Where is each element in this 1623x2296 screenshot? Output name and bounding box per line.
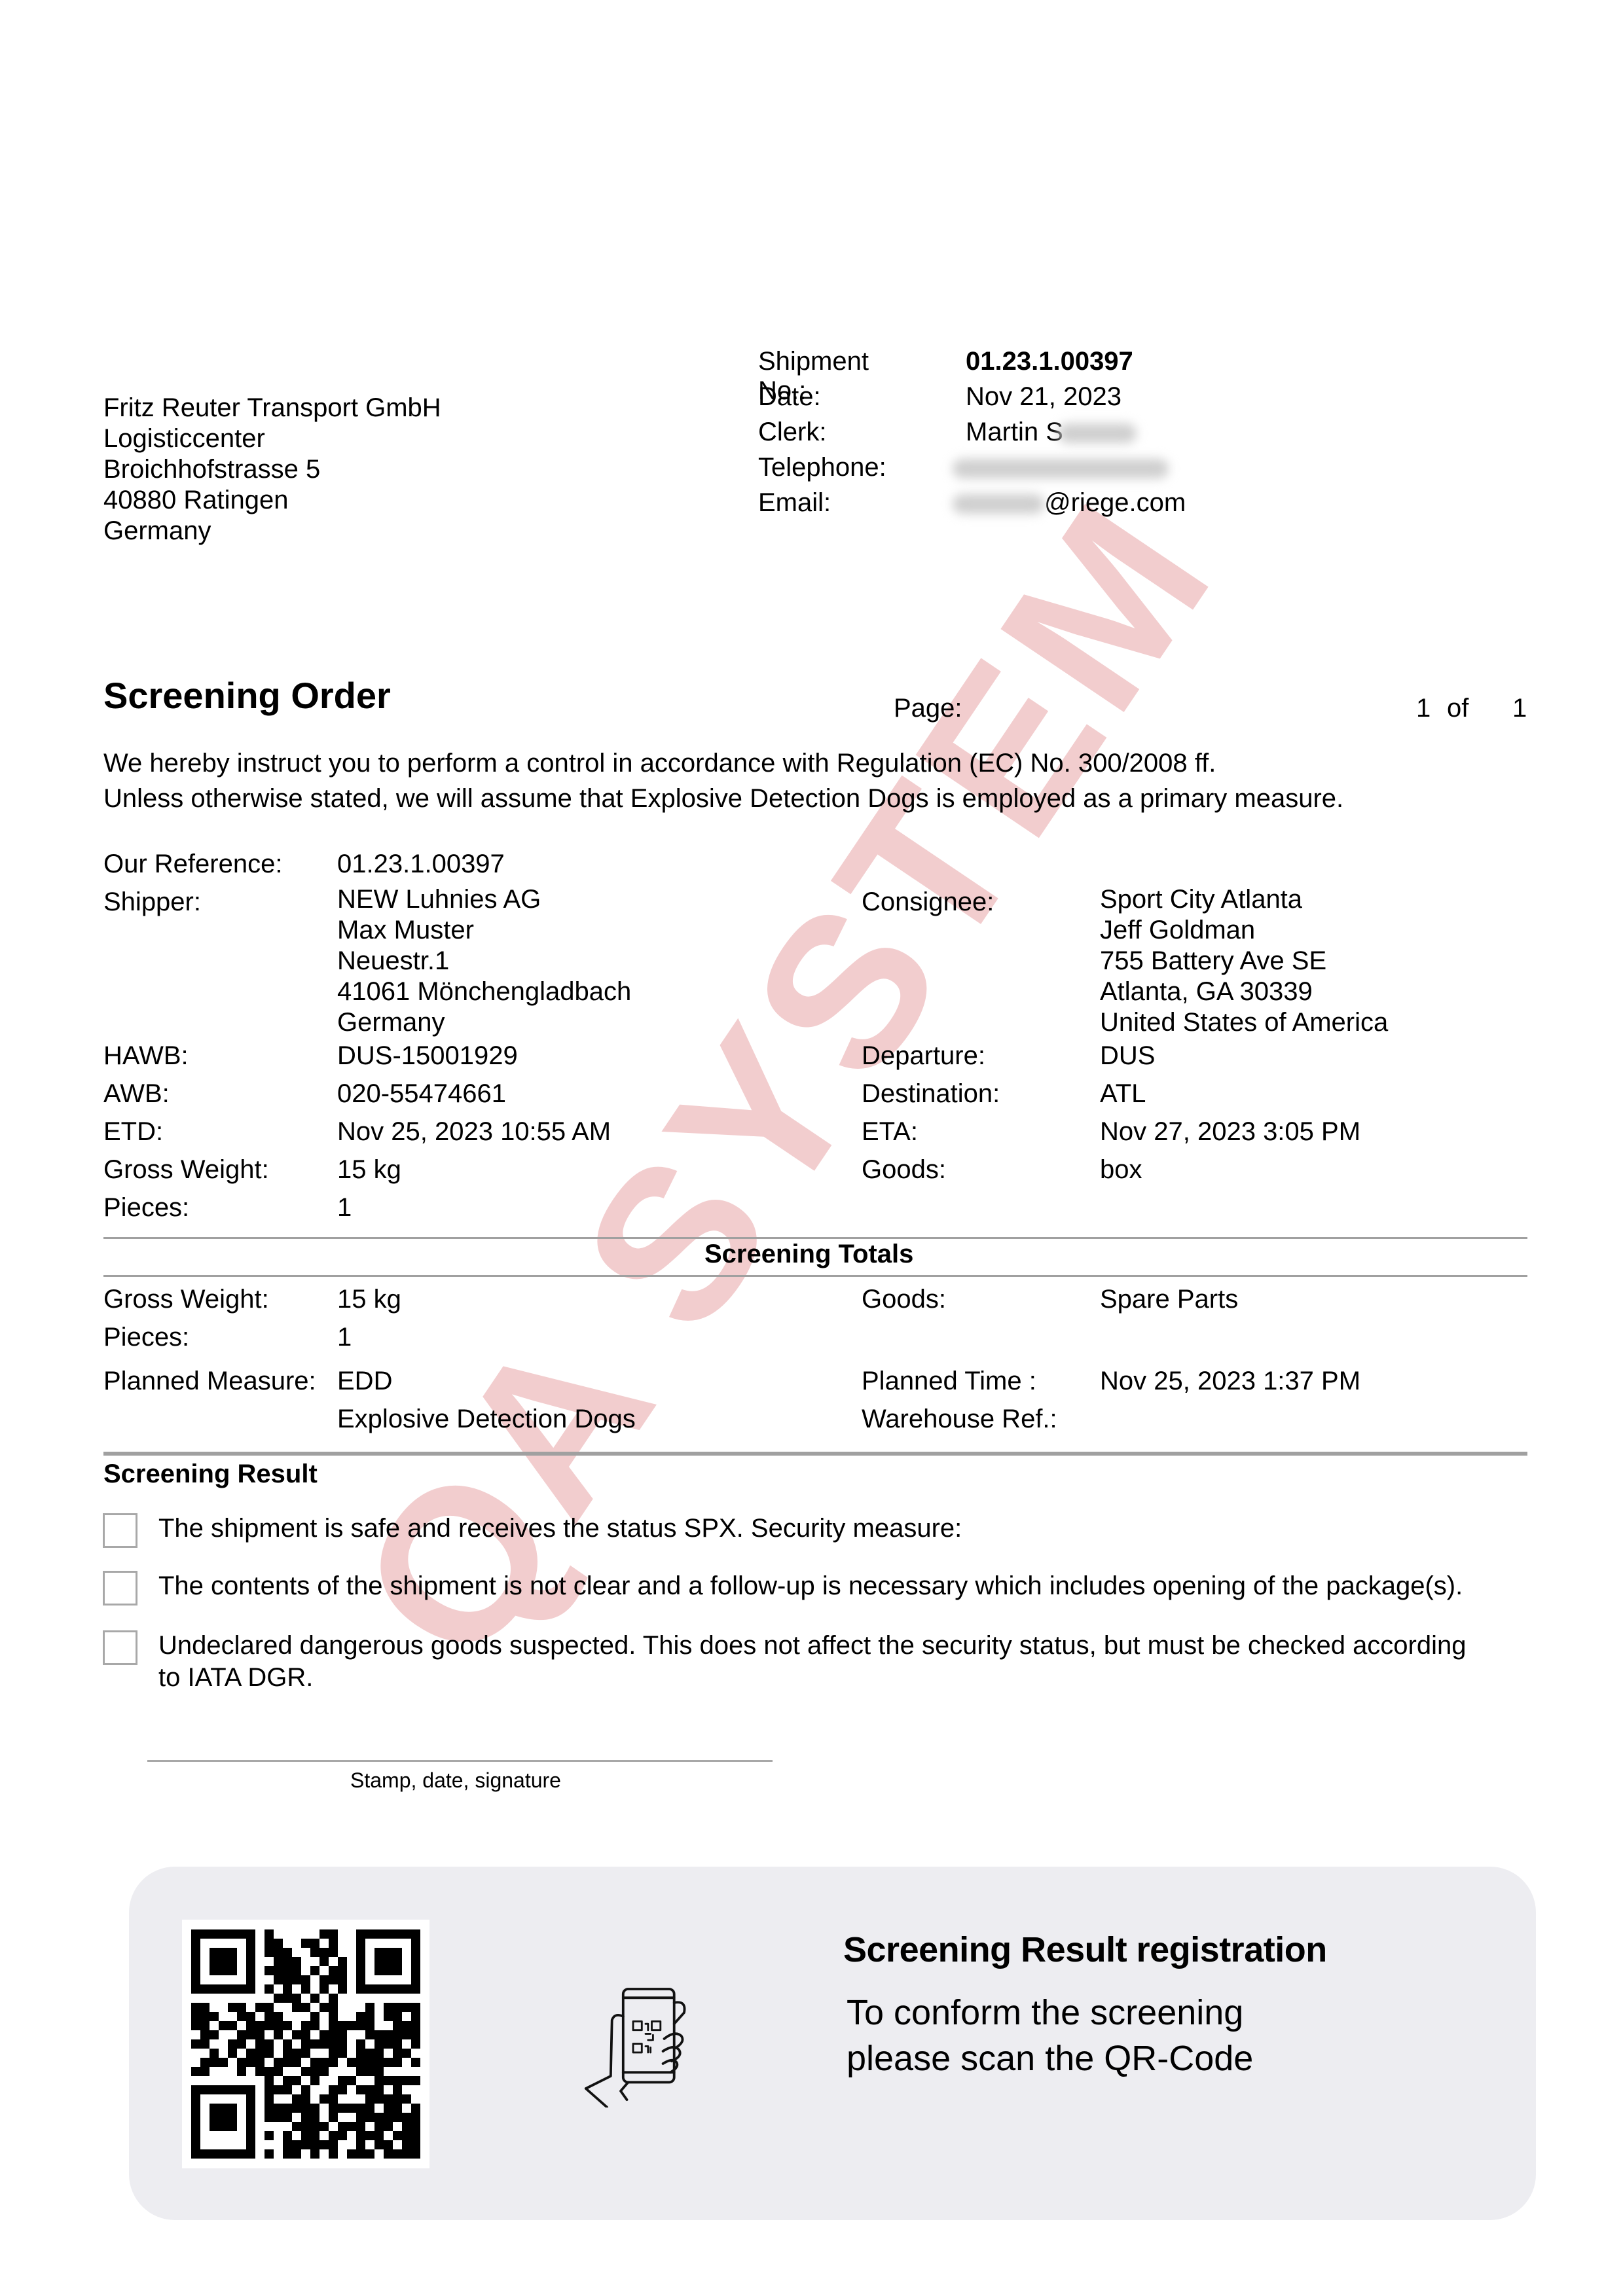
gross-weight-label: Gross Weight: bbox=[103, 1155, 269, 1185]
email-visible-domain: @riege.com bbox=[1044, 488, 1186, 517]
our-reference-label: Our Reference: bbox=[103, 850, 282, 879]
awb-value: 020-55474661 bbox=[337, 1079, 506, 1109]
redacted-region bbox=[953, 459, 1169, 478]
section-divider bbox=[103, 1452, 1527, 1456]
screening-totals-heading: Screening Totals bbox=[704, 1240, 913, 1269]
totals-gross-weight-label: Gross Weight: bbox=[103, 1285, 269, 1314]
qr-code[interactable] bbox=[182, 1920, 429, 2168]
consignee-address: Sport City Atlanta Jeff Goldman 755 Batt… bbox=[1100, 884, 1388, 1038]
telephone-value bbox=[966, 453, 1169, 482]
pieces-label: Pieces: bbox=[103, 1193, 189, 1223]
totals-goods-label: Goods: bbox=[862, 1285, 946, 1314]
totals-gross-weight-value: 15 kg bbox=[337, 1285, 401, 1314]
intro-line-2: Unless otherwise stated, we will assume … bbox=[103, 784, 1343, 814]
destination-value: ATL bbox=[1100, 1079, 1146, 1109]
departure-label: Departure: bbox=[862, 1041, 985, 1071]
divider bbox=[103, 1275, 1527, 1277]
shipment-no-value: 01.23.1.00397 bbox=[966, 347, 1133, 376]
gross-weight-value: 15 kg bbox=[337, 1155, 401, 1185]
intro-line-1: We hereby instruct you to perform a cont… bbox=[103, 749, 1216, 778]
our-reference-value: 01.23.1.00397 bbox=[337, 850, 505, 879]
date-label: Date: bbox=[758, 382, 821, 412]
planned-time-label: Planned Time : bbox=[862, 1367, 1036, 1396]
shipper-line: Max Muster bbox=[337, 915, 631, 946]
registration-line-1: To conform the screening bbox=[847, 1992, 1243, 2033]
signature-line bbox=[147, 1760, 773, 1762]
awb-label: AWB: bbox=[103, 1079, 170, 1109]
email-label: Email: bbox=[758, 488, 831, 518]
registration-heading: Screening Result registration bbox=[843, 1929, 1327, 1970]
screening-result-heading: Screening Result bbox=[103, 1460, 318, 1489]
shipper-label: Shipper: bbox=[103, 888, 201, 917]
shipper-line: 41061 Mönchengladbach bbox=[337, 977, 631, 1007]
destination-label: Destination: bbox=[862, 1079, 1000, 1109]
hawb-label: HAWB: bbox=[103, 1041, 189, 1071]
qr-code-icon bbox=[182, 1920, 429, 2168]
warehouse-ref-label: Warehouse Ref.: bbox=[862, 1405, 1057, 1434]
registration-line-2: please scan the QR-Code bbox=[847, 2038, 1253, 2079]
totals-pieces-value: 1 bbox=[337, 1323, 352, 1352]
shipper-line: Germany bbox=[337, 1007, 631, 1038]
page-current: 1 bbox=[1416, 694, 1431, 723]
shipper-address: NEW Luhnies AG Max Muster Neuestr.1 4106… bbox=[337, 884, 631, 1038]
signature-caption: Stamp, date, signature bbox=[350, 1768, 561, 1793]
consignee-line: 755 Battery Ave SE bbox=[1100, 946, 1388, 977]
sender-line: Logisticcenter bbox=[103, 423, 441, 454]
etd-value: Nov 25, 2023 10:55 AM bbox=[337, 1117, 611, 1147]
consignee-line: United States of America bbox=[1100, 1007, 1388, 1038]
clerk-label: Clerk: bbox=[758, 418, 826, 447]
departure-value: DUS bbox=[1100, 1041, 1155, 1071]
planned-measure-code: EDD bbox=[337, 1367, 392, 1396]
page-title: Screening Order bbox=[103, 674, 391, 717]
pieces-value: 1 bbox=[337, 1193, 352, 1223]
sender-line: 40880 Ratingen bbox=[103, 485, 441, 516]
result-checkbox-dangerous-goods[interactable] bbox=[103, 1630, 137, 1665]
sender-line: Fritz Reuter Transport GmbH bbox=[103, 393, 441, 423]
shipper-line: NEW Luhnies AG bbox=[337, 884, 631, 915]
sender-line: Broichhofstrasse 5 bbox=[103, 454, 441, 485]
date-value: Nov 21, 2023 bbox=[966, 382, 1122, 412]
divider bbox=[103, 1237, 1527, 1239]
consignee-line: Sport City Atlanta bbox=[1100, 884, 1388, 915]
goods-label: Goods: bbox=[862, 1155, 946, 1185]
result-checkbox-unclear[interactable] bbox=[103, 1571, 137, 1605]
result-checkbox-safe[interactable] bbox=[103, 1513, 137, 1548]
etd-label: ETD: bbox=[103, 1117, 163, 1147]
eta-label: ETA: bbox=[862, 1117, 918, 1147]
consignee-line: Jeff Goldman bbox=[1100, 915, 1388, 946]
page-label: Page: bbox=[894, 694, 962, 723]
planned-measure-name: Explosive Detection Dogs bbox=[337, 1405, 636, 1434]
clerk-value: Martin S bbox=[966, 418, 1137, 447]
goods-value: box bbox=[1100, 1155, 1142, 1185]
page-total: 1 bbox=[1512, 694, 1527, 723]
telephone-label: Telephone: bbox=[758, 453, 886, 482]
hand-holding-phone-icon bbox=[571, 1970, 695, 2108]
clerk-visible-name: Martin S bbox=[966, 418, 1063, 446]
consignee-line: Atlanta, GA 30339 bbox=[1100, 977, 1388, 1007]
consignee-label: Consignee: bbox=[862, 888, 994, 917]
result-option-dg-label-line2: to IATA DGR. bbox=[158, 1663, 313, 1693]
sender-address: Fritz Reuter Transport GmbH Logisticcent… bbox=[103, 393, 441, 547]
totals-pieces-label: Pieces: bbox=[103, 1323, 189, 1352]
email-value: @riege.com bbox=[966, 488, 1186, 518]
planned-measure-label: Planned Measure: bbox=[103, 1367, 316, 1396]
totals-goods-value: Spare Parts bbox=[1100, 1285, 1238, 1314]
result-option-unclear-label: The contents of the shipment is not clea… bbox=[158, 1571, 1463, 1601]
page-of: of bbox=[1447, 694, 1468, 723]
redacted-region bbox=[953, 494, 1044, 514]
result-option-dg-label-line1: Undeclared dangerous goods suspected. Th… bbox=[158, 1631, 1467, 1660]
planned-time-value: Nov 25, 2023 1:37 PM bbox=[1100, 1367, 1360, 1396]
sender-line: Germany bbox=[103, 516, 441, 547]
result-option-safe-label: The shipment is safe and receives the st… bbox=[158, 1514, 962, 1543]
eta-value: Nov 27, 2023 3:05 PM bbox=[1100, 1117, 1360, 1147]
shipper-line: Neuestr.1 bbox=[337, 946, 631, 977]
redacted-region bbox=[1058, 423, 1137, 443]
hawb-value: DUS-15001929 bbox=[337, 1041, 518, 1071]
